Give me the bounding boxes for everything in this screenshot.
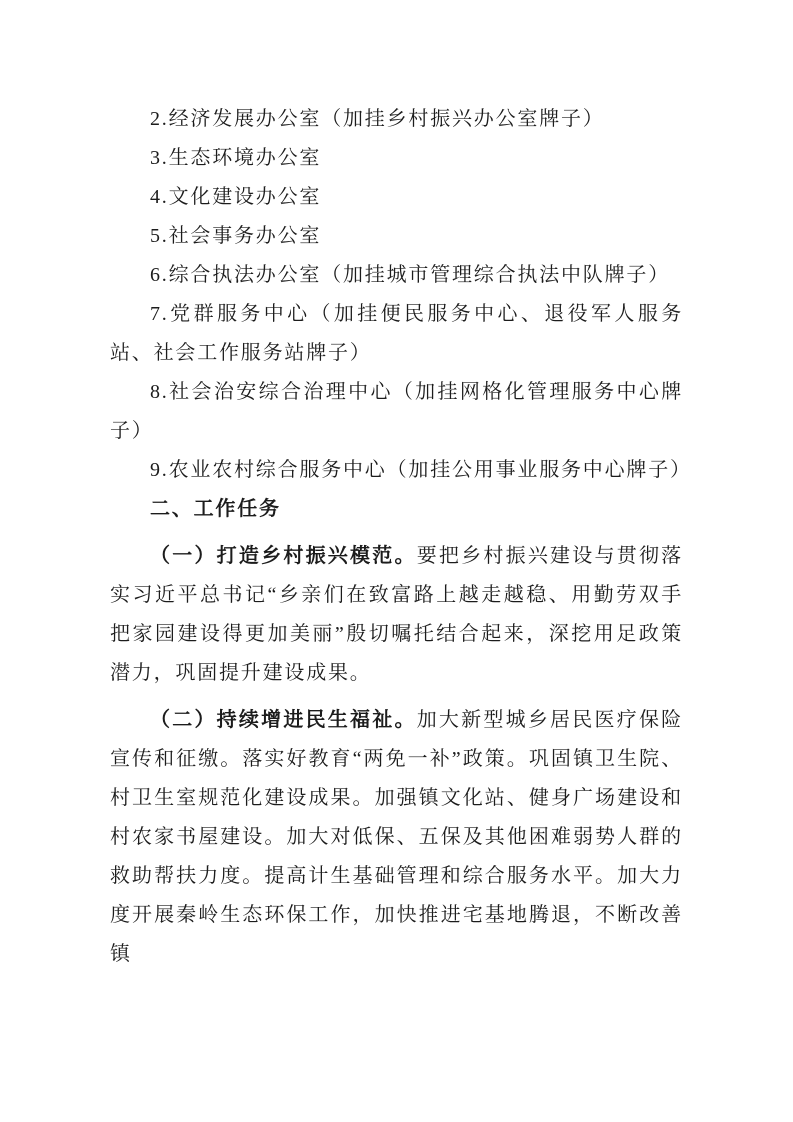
list-item-9: 9.农业农村综合服务中心（加挂公用事业服务中心牌子） [110,451,683,490]
paragraph-2: （二）持续增进民生福祉。加大新型城乡居民医疗保险宣传和征缴。落实好教育“两免一补… [110,701,683,974]
document-page: 2.经济发展办公室（加挂乡村振兴办公室牌子） 3.生态环境办公室 4.文化建设办… [0,0,793,1122]
paragraph-1: （一）打造乡村振兴模范。要把乡村振兴建设与贯彻落实习近平总书记“乡亲们在致富路上… [110,537,683,693]
list-item-8: 8.社会治安综合治理中心（加挂网格化管理服务中心牌子） [110,373,683,451]
paragraph-1-lead: （一）打造乡村振兴模范。 [150,545,417,567]
paragraph-2-lead: （二）持续增进民生福祉。 [150,709,417,731]
paragraph-2-body: 加大新型城乡居民医疗保险宣传和征缴。落实好教育“两免一补”政策。巩固镇卫生院、村… [110,709,683,965]
list-item-4: 4.文化建设办公室 [110,178,683,217]
document-content: 2.经济发展办公室（加挂乡村振兴办公室牌子） 3.生态环境办公室 4.文化建设办… [110,100,683,974]
list-item-5: 5.社会事务办公室 [110,217,683,256]
list-item-3: 3.生态环境办公室 [110,139,683,178]
list-item-6: 6.综合执法办公室（加挂城市管理综合执法中队牌子） [110,256,683,295]
list-item-2: 2.经济发展办公室（加挂乡村振兴办公室牌子） [110,100,683,139]
list-item-7: 7.党群服务中心（加挂便民服务中心、退役军人服务站、社会工作服务站牌子） [110,295,683,373]
section-heading: 二、工作任务 [110,490,683,529]
